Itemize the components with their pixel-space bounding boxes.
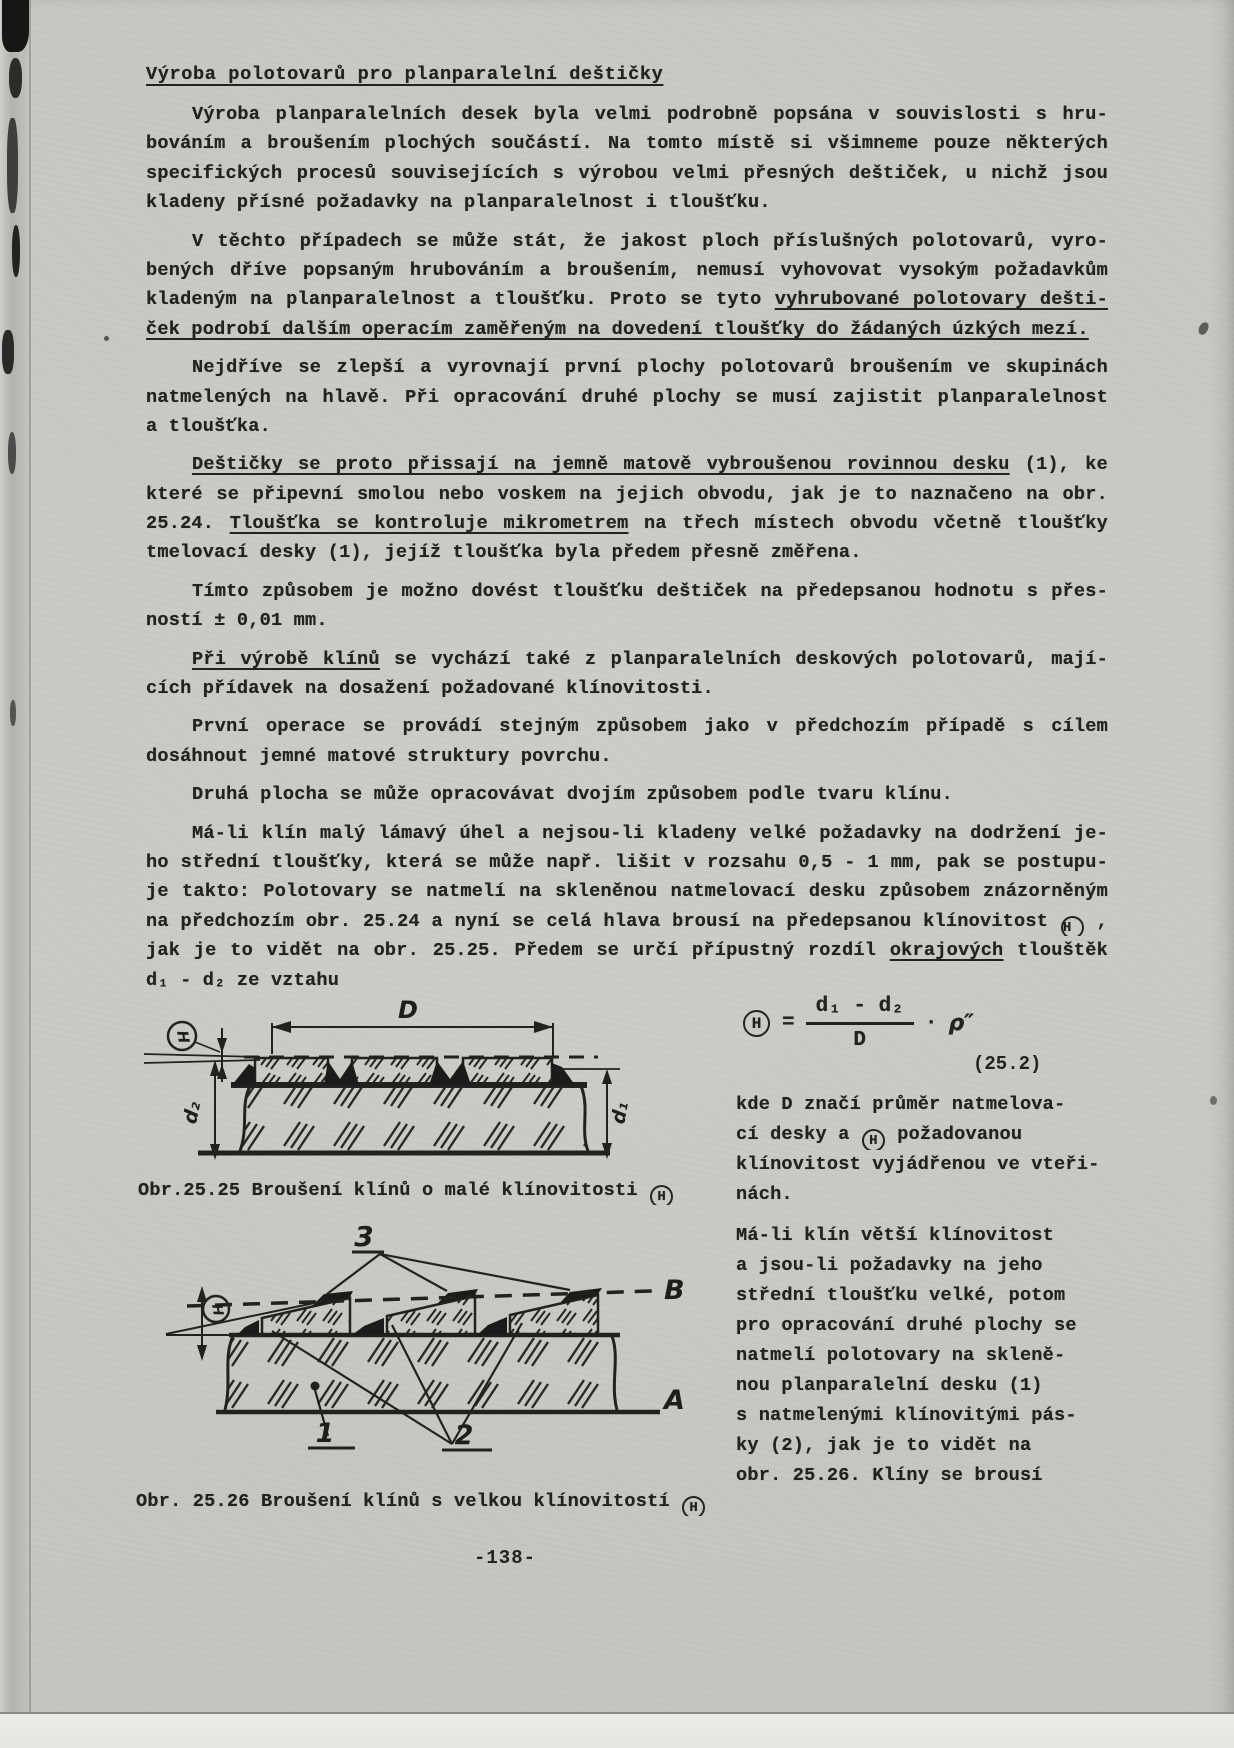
text-line: Má-li klín malý lámavý úhel a nejsou-li …	[146, 819, 1108, 848]
text-line: ky (2), jak je to vidět na	[736, 1431, 1128, 1461]
text-line: specifických procesů souvisejících s výr…	[146, 159, 1108, 188]
ink-speck	[104, 336, 109, 341]
dimension-label-D: D	[398, 996, 418, 1024]
text-segment: ky (2), jak je to vidět na	[736, 1435, 1031, 1456]
text-segment: V těchto případech se může stát, že jako…	[192, 231, 1108, 252]
equals-sign: =	[782, 1012, 795, 1035]
paragraph: Nejdříve se zlepší a vyrovnají první plo…	[146, 353, 1108, 441]
text-segment: jak je to vidět na obr. 25.25. Předem se…	[146, 940, 890, 961]
text-segment: klínovitost vyjádřenou ve vteři-	[736, 1154, 1099, 1175]
text-line: cí desky a H požadovanou	[736, 1120, 1128, 1150]
scan-blot	[7, 118, 18, 213]
text-segment: natmelí polotovary na skleně-	[736, 1345, 1065, 1366]
text-line: Nejdříve se zlepší a vyrovnají první plo…	[146, 353, 1108, 382]
text-line: které se připevní smolou nebo voskem na …	[146, 480, 1108, 509]
scanned-page: Výroba polotovarů pro planparalelní dešt…	[0, 0, 1234, 1748]
text-segment: ho střední tloušťky, která se může např.…	[146, 852, 1108, 873]
text-segment: Nejdříve se zlepší a vyrovnají první plo…	[192, 357, 1108, 378]
text-segment: tmelovací desky (1), jejíž tloušťka byla…	[146, 542, 862, 563]
text-segment: Tloušťka se kontroluje mikrometrem	[230, 513, 629, 534]
main-text-column: Výroba polotovarů pro planparalelní dešt…	[146, 62, 1108, 995]
text-line: Obr.25.25 Broušení klínů o malé klínovit…	[138, 1176, 778, 1205]
text-line: První operace se provádí stejným způsobe…	[146, 712, 1108, 741]
text-line: V těchto případech se může stát, že jako…	[146, 227, 1108, 256]
text-line: nou planparalelní desku (1)	[736, 1371, 1128, 1401]
text-line: 25.24. Tloušťka se kontroluje mikrometre…	[146, 509, 1108, 538]
text-line: jak je to vidět na obr. 25.25. Předem se…	[146, 936, 1108, 965]
equation-number: (25.2)	[973, 1053, 1041, 1075]
figure-label-B: B	[664, 1275, 685, 1306]
text-line: Má-li klín větší klínovitost	[736, 1221, 1128, 1251]
figure-caption: Obr. 25.26 Broušení klínů s velkou klíno…	[136, 1487, 816, 1516]
text-line: ností ± 0,01 mm.	[146, 606, 1108, 635]
text-segment: ček podrobí dalším operacím zaměřeným na…	[146, 319, 1089, 340]
text-segment: 25.24.	[146, 513, 230, 534]
text-line: je takto: Polotovary se natmelí na sklen…	[146, 877, 1108, 906]
figure-caption: Obr.25.25 Broušení klínů o malé klínovit…	[138, 1176, 778, 1205]
text-segment: Obr.25.25 Broušení klínů o malé klínovit…	[138, 1180, 649, 1201]
text-line: Při výrobě klínů se vychází také z planp…	[146, 645, 1108, 674]
circled-H: H	[650, 1185, 673, 1205]
text-line: natmelených na hlavě. Při opracování dru…	[146, 383, 1108, 412]
text-segment: Má-li klín větší klínovitost	[736, 1225, 1054, 1246]
text-segment: bováním a broušením plochých součástí. N…	[146, 133, 1108, 154]
text-line: tmelovací desky (1), jejíž tloušťka byla…	[146, 538, 1108, 567]
text-line: s natmelenými klínovitými pás-	[736, 1401, 1128, 1431]
dimension-label-d1: d₁	[607, 1100, 632, 1125]
figure-label-A: A	[662, 1385, 685, 1416]
circled-H: H	[682, 1496, 705, 1516]
paragraph: V těchto případech se může stát, že jako…	[146, 227, 1108, 345]
text-segment: požadovanou	[886, 1124, 1022, 1145]
text-line: ček podrobí dalším operacím zaměřeným na…	[146, 315, 1108, 344]
fraction: d₁ - d₂ D	[806, 995, 914, 1052]
multiplication-dot: ·	[925, 1012, 938, 1035]
figure-label-3: 3	[354, 1220, 373, 1253]
text-line: cích přídavek na dosažení požadované klí…	[146, 674, 1108, 703]
text-line: a jsou-li požadavky na jeho	[736, 1251, 1128, 1281]
text-line: Deštičky se proto přissají na jemně mato…	[146, 450, 1108, 479]
text-segment: Druhá plocha se může opracovávat dvojím …	[192, 784, 953, 805]
text-line: kladeny přísné požadavky na planparaleln…	[146, 188, 1108, 217]
fraction-denominator: D	[853, 1025, 866, 1052]
paragraph: Deštičky se proto přissají na jemně mato…	[146, 450, 1108, 568]
rho-seconds-symbol: ρ″	[948, 1011, 974, 1036]
text-segment: střední tloušťku velké, potom	[736, 1285, 1065, 1306]
figure-label-1: 1	[316, 1418, 335, 1449]
text-segment: okrajových	[890, 940, 1004, 961]
text-segment: které se připevní smolou nebo voskem na …	[146, 484, 1108, 505]
text-segment: kde D značí průměr natmelova-	[736, 1094, 1065, 1115]
paragraph: Tímto způsobem je možno dovést tloušťku …	[146, 577, 1108, 636]
text-segment: cí desky a	[736, 1124, 861, 1145]
scan-edge-bottom	[0, 1712, 1234, 1748]
text-line: Obr. 25.26 Broušení klínů s velkou klíno…	[136, 1487, 816, 1516]
text-line: kde D značí průměr natmelova-	[736, 1090, 1128, 1120]
text-segment: vyhrubované polotovary dešti-	[775, 289, 1108, 310]
formula-25-2: H = d₁ - d₂ D · ρ″	[742, 995, 974, 1052]
paragraph: Má-li klín větší klínovitosta jsou-li po…	[736, 1221, 1128, 1491]
text-line: na předchozím obr. 25.24 a nyní se celá …	[146, 907, 1108, 936]
text-segment: První operace se provádí stejným způsobe…	[192, 716, 1108, 737]
text-segment: Obr. 25.26 Broušení klínů s velkou klíno…	[136, 1491, 681, 1512]
text-segment: Tímto způsobem je možno dovést tloušťku …	[192, 581, 1108, 602]
scan-blot	[8, 432, 16, 474]
scan-blot	[9, 58, 22, 98]
text-segment: Má-li klín malý lámavý úhel a nejsou-li …	[192, 823, 1108, 844]
text-segment: na předchozím obr. 25.24 a nyní se celá …	[146, 911, 1060, 932]
fraction-numerator: d₁ - d₂	[806, 995, 914, 1025]
text-segment: natmelených na hlavě. Při opracování dru…	[146, 387, 1108, 408]
text-segment: pro opracování druhé plochy se	[736, 1315, 1077, 1336]
text-line: kladeným na planparalelnost a tloušťku. …	[146, 285, 1108, 314]
text-segment: (1), ke	[1010, 454, 1108, 475]
text-segment: se vychází také z planparalelních deskov…	[380, 649, 1108, 670]
text-segment: s natmelenými klínovitými pás-	[736, 1405, 1077, 1426]
text-line: Výroba planparalelních desek byla velmi …	[146, 100, 1108, 129]
text-segment: a tloušťka.	[146, 416, 271, 437]
text-line: dosáhnout jemné matové struktury povrchu…	[146, 742, 1108, 771]
figure-25-25: D H d₂ d₁	[128, 990, 648, 1162]
text-line: bováním a broušením plochých součástí. N…	[146, 129, 1108, 158]
text-segment: Při výrobě klínů	[192, 649, 380, 670]
page-title: Výroba polotovarů pro planparalelní dešt…	[146, 64, 663, 85]
text-segment: kladeným na planparalelnost a tloušťku. …	[146, 289, 775, 310]
paragraph: Druhá plocha se může opracovávat dvojím …	[146, 780, 1108, 809]
ink-speck	[1210, 1096, 1217, 1105]
text-segment: Výroba planparalelních desek byla velmi …	[192, 104, 1108, 125]
text-line: pro opracování druhé plochy se	[736, 1311, 1128, 1341]
text-line: nách.	[736, 1180, 1128, 1210]
circled-H: H	[1061, 916, 1084, 936]
text-line: klínovitost vyjádřenou ve vteři-	[736, 1150, 1128, 1180]
figure-25-26: 3 B A 1 2 H	[112, 1206, 692, 1498]
text-line: bených dříve popsaným hrubováním a brouš…	[146, 256, 1108, 285]
text-segment: je takto: Polotovary se natmelí na sklen…	[146, 881, 1108, 902]
text-segment: nou planparalelní desku (1)	[736, 1375, 1043, 1396]
text-segment: Deštičky se proto přissají na jemně mato…	[192, 454, 1010, 475]
text-segment: dosáhnout jemné matové struktury povrchu…	[146, 746, 612, 767]
paragraph: Má-li klín malý lámavý úhel a nejsou-li …	[146, 819, 1108, 995]
text-line: ho střední tloušťky, která se může např.…	[146, 848, 1108, 877]
scan-blot	[2, 330, 14, 374]
scan-blot	[12, 225, 20, 277]
text-line: Druhá plocha se může opracovávat dvojím …	[146, 780, 1108, 809]
right-text-column: kde D značí průměr natmelova-cí desky a …	[736, 1090, 1128, 1491]
figure-label-2: 2	[455, 1420, 474, 1451]
circled-H: H	[862, 1129, 885, 1150]
text-segment: ností ± 0,01 mm.	[146, 610, 328, 631]
text-segment: obr. 25.26. Klíny se brousí	[736, 1465, 1043, 1486]
paragraph: První operace se provádí stejným způsobe…	[146, 712, 1108, 771]
text-segment: specifických procesů souvisejících s výr…	[146, 163, 1108, 184]
text-segment: bených dříve popsaným hrubováním a brouš…	[146, 260, 1108, 281]
text-line: Tímto způsobem je možno dovést tloušťku …	[146, 577, 1108, 606]
scan-edge-line	[29, 0, 31, 1712]
text-segment: a jsou-li požadavky na jeho	[736, 1255, 1043, 1276]
circled-H-label: H	[208, 1303, 226, 1318]
text-line: střední tloušťku velké, potom	[736, 1281, 1128, 1311]
text-line: natmelí polotovary na skleně-	[736, 1341, 1128, 1371]
dimension-label-d2: d₂	[179, 1099, 205, 1126]
circled-H-label: H	[173, 1029, 193, 1045]
circled-H: H	[743, 1010, 770, 1037]
paragraph: kde D značí průměr natmelova-cí desky a …	[736, 1090, 1128, 1210]
scan-blot	[2, 0, 29, 52]
text-segment: tlouštěk	[1003, 940, 1108, 961]
ink-speck	[1197, 321, 1210, 336]
paragraph: Výroba planparalelních desek byla velmi …	[146, 100, 1108, 218]
text-segment: cích přídavek na dosažení požadované klí…	[146, 678, 714, 699]
text-segment: kladeny přísné požadavky na planparaleln…	[146, 192, 771, 213]
text-line: a tloušťka.	[146, 412, 1108, 441]
paragraph: Při výrobě klínů se vychází také z planp…	[146, 645, 1108, 704]
text-segment: ,	[1085, 911, 1108, 932]
scan-blot	[10, 700, 16, 726]
text-segment: d₁ - d₂ ze vztahu	[146, 970, 339, 991]
page-number: -138-	[474, 1547, 536, 1569]
